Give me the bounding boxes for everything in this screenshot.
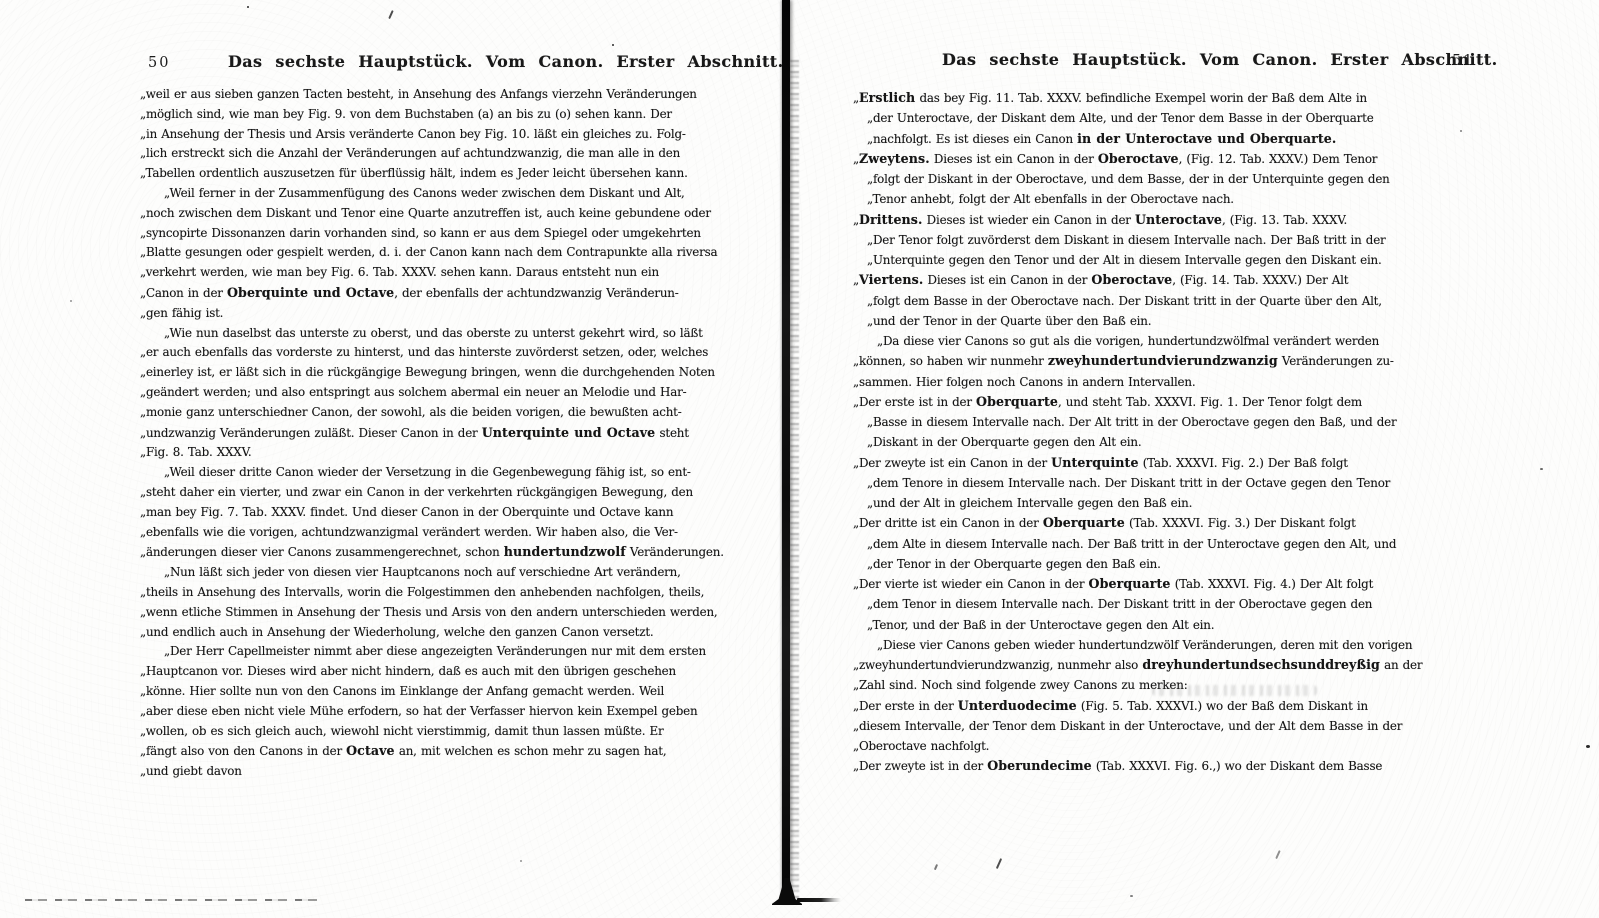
emphasized-text: Unterquinte und Octave [482,425,656,440]
body-text: „Basse in diesem Intervalle nach. Der Al… [867,415,1396,429]
text-line: „Diskant in der Oberquarte gegen den Alt… [853,432,1431,452]
body-text: „wollen, ob es sich gleich auch, wiewohl… [140,724,663,738]
body-text: „und endlich auch in Ansehung der Wieder… [140,625,653,639]
body-text: an der [1380,658,1422,672]
emphasized-text: Erstlich [859,90,915,105]
body-text: „Blatte gesungen oder gespielt werden, d… [140,245,717,259]
ink-fleck [996,858,1002,869]
paragraph: „Viertens. Dieses ist ein Canon in der O… [853,270,1431,331]
text-line: „und giebt davon [140,762,742,782]
body-text: an, mit welchen es schon mehr zu sagen h… [395,744,667,758]
body-text: „Weil dieser dritte Canon wieder der Ver… [164,465,691,479]
text-line: „Der zweyte ist in der Oberundecime (Tab… [853,756,1431,776]
body-text: „und der Tenor in der Quarte über den Ba… [867,314,1151,328]
emphasized-text: Oberquarte [1043,515,1125,530]
body-text: „dem Alte in diesem Intervalle nach. Der… [867,537,1396,551]
body-text: „und der Alt in gleichem Intervalle gege… [867,496,1192,510]
body-text: „weil er aus sieben ganzen Tacten besteh… [140,87,697,101]
body-text: (Tab. XXXVI. Fig. 2.) Der Baß folgt [1139,456,1348,470]
text-line: „sammen. Hier folgen noch Canons in ande… [853,372,1431,392]
text-line: „wollen, ob es sich gleich auch, wiewohl… [140,722,742,742]
body-text: „Tabellen ordentlich auszusetzen für übe… [140,166,688,180]
text-line: „Fig. 8. Tab. XXXV. [140,443,742,463]
text-line: „Der vierte ist wieder ein Canon in der … [853,574,1431,594]
body-text: , und steht Tab. XXXVI. Fig. 1. Der Teno… [1058,395,1362,409]
body-text: „Der dritte ist ein Canon in der [853,516,1043,530]
left-page-number: 50 [148,55,170,71]
text-line: „und endlich auch in Ansehung der Wieder… [140,623,742,643]
text-line: „Weil dieser dritte Canon wieder der Ver… [140,463,742,483]
body-text: „lich erstreckt sich die Anzahl der Verä… [140,146,680,160]
paragraph: „Der zweyte ist ein Canon in der Unterqu… [853,453,1431,514]
book-gutter-shadow [782,0,790,903]
text-line: „Der Tenor folgt zuvörderst dem Diskant … [853,230,1431,250]
text-line: „Oberoctave nachfolgt. [853,736,1431,756]
emphasized-text: Viertens. [859,272,923,287]
body-text: „Der vierte ist wieder ein Canon in der [853,577,1089,591]
body-text: „man bey Fig. 7. Tab. XXXV. findet. Und … [140,505,673,519]
paragraph: „Weil ferner in der Zusammenfügung des C… [140,184,742,324]
emphasized-text: Oberundecime [987,758,1092,773]
body-text: „Der zweyte ist ein Canon in der [853,456,1051,470]
body-text: das bey Fig. 11. Tab. XXXV. befindliche … [915,91,1367,105]
body-text: , der ebenfalls der achtundzwanzig Verän… [394,286,678,300]
body-text: , (Fig. 12. Tab. XXXV.) Dem Tenor [1179,152,1378,166]
right-page-number: 51 [1452,53,1474,69]
text-line: „gen fähig ist. [140,304,742,324]
text-line: „aber diese eben nicht viele Mühe erfode… [140,702,742,722]
body-text: „Hauptcanon vor. Dieses wird aber nicht … [140,664,676,678]
emphasized-text: in der Unteroctave und Oberquarte. [1077,131,1336,146]
text-line: „Tabellen ordentlich auszusetzen für übe… [140,164,742,184]
text-line: „Viertens. Dieses ist ein Canon in der O… [853,270,1431,290]
ink-speck [1130,895,1133,897]
text-line: „dem Tenor in diesem Intervalle nach. De… [853,594,1431,614]
text-line: „folgt der Diskant in der Oberoctave, un… [853,169,1431,189]
body-text: „Da diese vier Canons so gut als die vor… [877,334,1379,348]
paragraph: „Erstlich das bey Fig. 11. Tab. XXXV. be… [853,88,1431,149]
text-line: „man bey Fig. 7. Tab. XXXV. findet. Und … [140,503,742,523]
body-text: , (Fig. 14. Tab. XXXV.) Der Alt [1172,273,1348,287]
text-line: „in Ansehung der Thesis und Arsis veränd… [140,125,742,145]
body-text: „einerley ist, er läßt sich in die rückg… [140,365,715,379]
body-text: Dieses ist wieder ein Canon in der [923,213,1135,227]
body-text: „fängt also von den Canons in der [140,744,346,758]
emphasized-text: Octave [346,743,395,758]
gutter-paper-texture [790,60,799,900]
text-line: „undzwanzig Veränderungen zuläßt. Dieser… [140,423,742,444]
emphasized-text: Oberquarte [976,394,1058,409]
paragraph: „Der vierte ist wieder ein Canon in der … [853,574,1431,635]
body-text: „wenn etliche Stimmen in Ansehung der Th… [140,605,718,619]
text-line: „Unterquinte gegen den Tenor und der Alt… [853,250,1431,270]
body-text: „gen fähig ist. [140,306,223,320]
text-line: „fängt also von den Canons in der Octave… [140,741,742,762]
body-text: „theils in Ansehung des Intervalls, wori… [140,585,704,599]
text-line: „Hauptcanon vor. Dieses wird aber nicht … [140,662,742,682]
body-text: „geändert werden; und also entspringt au… [140,385,686,399]
body-text: „können, so haben wir nunmehr [853,354,1048,368]
body-text: „folgt der Diskant in der Oberoctave, un… [867,172,1390,186]
emphasized-text: Unteroctave [1135,212,1222,227]
body-text: „noch zwischen dem Diskant und Tenor ein… [140,206,711,220]
text-line: „steht daher ein vierter, und zwar ein C… [140,483,742,503]
paragraph: „Der zweyte ist in der Oberundecime (Tab… [853,756,1431,776]
offset-print-ghost [1152,685,1317,696]
body-text: „Tenor, und der Baß in der Unteroctave g… [867,618,1214,632]
emphasized-text: Unterquinte [1051,455,1138,470]
body-text: „änderungen dieser vier Canons zusammeng… [140,545,504,559]
text-line: „Der Herr Capellmeister nimmt aber diese… [140,642,742,662]
body-text: steht [655,426,689,440]
paragraph: „Der Herr Capellmeister nimmt aber diese… [140,642,742,782]
text-line: „Nun läßt sich jeder von diesen vier Hau… [140,563,742,583]
body-text: „Der zweyte ist in der [853,759,987,773]
text-line: „Tenor anhebt, folgt der Alt ebenfalls i… [853,189,1431,209]
ink-fleck [388,10,393,19]
ink-speck [612,44,614,46]
body-text: „Tenor anhebt, folgt der Alt ebenfalls i… [867,192,1234,206]
text-line: „Weil ferner in der Zusammenfügung des C… [140,184,742,204]
paragraph: „Der erste ist in der Oberquarte, und st… [853,392,1431,453]
paragraph: „Zweytens. Dieses ist ein Canon in der O… [853,149,1431,210]
body-text: „und giebt davon [140,764,242,778]
body-text: „dem Tenor in diesem Intervalle nach. De… [867,597,1372,611]
text-line: „diesem Intervalle, der Tenor dem Diskan… [853,716,1431,736]
text-line: „Drittens. Dieses ist wieder ein Canon i… [853,210,1431,230]
body-text: Veränderungen zu- [1278,354,1394,368]
right-running-head: Das sechste Hauptstück. Vom Canon. Erste… [942,50,1354,69]
body-text: Dieses ist ein Canon in der [923,273,1091,287]
text-line: „Blatte gesungen oder gespielt werden, d… [140,243,742,263]
text-line: „änderungen dieser vier Canons zusammeng… [140,542,742,563]
text-line: „und der Tenor in der Quarte über den Ba… [853,311,1431,331]
text-line: „möglich sind, wie man bey Fig. 9. von d… [140,105,742,125]
body-text: „in Ansehung der Thesis und Arsis veränd… [140,127,686,141]
ink-speck [1540,468,1543,470]
emphasized-text: zweyhundertundvierundzwanzig [1048,353,1278,368]
paragraph: „Der erste in der Unterduodecime (Fig. 5… [853,696,1431,757]
body-text: „Der erste ist in der [853,395,976,409]
text-line: „Da diese vier Canons so gut als die vor… [853,331,1431,351]
body-text: „er auch ebenfalls das vorderste zu hint… [140,345,708,359]
text-line: „Der zweyte ist ein Canon in der Unterqu… [853,453,1431,473]
body-text: „Nun läßt sich jeder von diesen vier Hau… [164,565,681,579]
text-line: „noch zwischen dem Diskant und Tenor ein… [140,204,742,224]
text-line: „einerley ist, er läßt sich in die rückg… [140,363,742,383]
ink-speck [70,300,72,302]
text-line: „lich erstreckt sich die Anzahl der Verä… [140,144,742,164]
text-line: „Der dritte ist ein Canon in der Oberqua… [853,513,1431,533]
text-line: „Diese vier Canons geben wieder hundertu… [853,635,1431,655]
emphasized-text: Oberoctave [1091,272,1172,287]
body-text: (Tab. XXXVI. Fig. 3.) Der Diskant folgt [1125,516,1356,530]
text-line: „Zahl sind. Noch sind folgende zwey Cano… [853,675,1431,695]
text-line: „er auch ebenfalls das vorderste zu hint… [140,343,742,363]
ink-speck [1586,745,1590,748]
emphasized-text: Unterduodecime [958,698,1077,713]
body-text: (Tab. XXXVI. Fig. 4.) Der Alt folgt [1171,577,1374,591]
left-page-body: „weil er aus sieben ganzen Tacten besteh… [140,85,742,782]
ink-speck [520,860,522,862]
body-text: „verkehrt werden, wie man bey Fig. 6. Ta… [140,265,659,279]
paragraph: „Der dritte ist ein Canon in der Oberqua… [853,513,1431,574]
paragraph: „Diese vier Canons geben wieder hundertu… [853,635,1431,696]
book-scan: 50 Das sechste Hauptstück. Vom Canon. Er… [0,0,1599,918]
body-text: „undzwanzig Veränderungen zuläßt. Dieser… [140,426,482,440]
ink-fleck [1275,850,1280,859]
emphasized-text: Oberquinte und Octave [227,285,394,300]
text-line: „dem Tenore in diesem Intervalle nach. D… [853,473,1431,493]
body-text: „Diese vier Canons geben wieder hundertu… [877,638,1412,652]
text-line: „Wie nun daselbst das unterste zu oberst… [140,324,742,344]
text-line: „Der erste ist in der Oberquarte, und st… [853,392,1431,412]
text-line: „können, so haben wir nunmehr zweyhunder… [853,351,1431,371]
text-line: „folgt dem Basse in der Oberoctave nach.… [853,291,1431,311]
body-text: „folgt dem Basse in der Oberoctave nach.… [867,294,1382,308]
body-text: „Der Herr Capellmeister nimmt aber diese… [164,644,706,658]
body-text: „Wie nun daselbst das unterste zu oberst… [164,326,703,340]
paragraph: „Nun läßt sich jeder von diesen vier Hau… [140,563,742,642]
text-line: „der Tenor in der Oberquarte gegen den B… [853,554,1431,574]
body-text: „zweyhundertundvierundzwanzig, nunmehr a… [853,658,1142,672]
text-line: „Tenor, und der Baß in der Unteroctave g… [853,615,1431,635]
body-text: „Der Tenor folgt zuvörderst dem Diskant … [867,233,1386,247]
text-line: „verkehrt werden, wie man bey Fig. 6. Ta… [140,263,742,283]
body-text: (Fig. 5. Tab. XXXVI.) wo der Baß dem Dis… [1077,699,1368,713]
text-line: „Der erste in der Unterduodecime (Fig. 5… [853,696,1431,716]
emphasized-text: hundertundzwolf [504,544,626,559]
text-line: „monie ganz unterschiedner Canon, der so… [140,403,742,423]
paragraph: „Da diese vier Canons so gut als die vor… [853,331,1431,392]
page-bottom-edge-line [25,899,317,901]
paragraph: „weil er aus sieben ganzen Tacten besteh… [140,85,742,184]
left-running-head: Das sechste Hauptstück. Vom Canon. Erste… [228,52,664,71]
paragraph: „Weil dieser dritte Canon wieder der Ver… [140,463,742,563]
text-line: „nachfolgt. Es ist dieses ein Canon in d… [853,129,1431,149]
text-line: „Canon in der Oberquinte und Octave, der… [140,283,742,304]
body-text: „ebenfalls wie die vorigen, achtundzwanz… [140,525,678,539]
emphasized-text: Oberoctave [1098,151,1179,166]
body-text: „diesem Intervalle, der Tenor dem Diskan… [853,719,1402,733]
body-text: „Unterquinte gegen den Tenor und der Alt… [867,253,1382,267]
body-text: „syncopirte Dissonanzen darin vorhanden … [140,226,701,240]
body-text: „möglich sind, wie man bey Fig. 9. von d… [140,107,672,121]
body-text: „Canon in der [140,286,227,300]
text-line: „syncopirte Dissonanzen darin vorhanden … [140,224,742,244]
text-line: „weil er aus sieben ganzen Tacten besteh… [140,85,742,105]
emphasized-text: Drittens. [859,212,923,227]
body-text: „Der erste in der [853,699,958,713]
paragraph: „Drittens. Dieses ist wieder ein Canon i… [853,210,1431,271]
text-line: „und der Alt in gleichem Intervalle gege… [853,493,1431,513]
paragraph: „Wie nun daselbst das unterste zu oberst… [140,324,742,464]
body-text: „der Tenor in der Oberquarte gegen den B… [867,557,1161,571]
emphasized-text: dreyhundertundsechsunddreyßig [1142,657,1380,672]
body-text: „Fig. 8. Tab. XXXV. [140,445,251,459]
body-text: „Weil ferner in der Zusammenfügung des C… [164,186,685,200]
text-line: „Zweytens. Dieses ist ein Canon in der O… [853,149,1431,169]
ink-speck [247,6,249,8]
body-text: „nachfolgt. Es ist dieses ein Canon [867,132,1077,146]
body-text: „dem Tenore in diesem Intervalle nach. D… [867,476,1390,490]
text-line: „ebenfalls wie die vorigen, achtundzwanz… [140,523,742,543]
page-bottom-edge-dash [797,898,841,902]
body-text: „Oberoctave nachfolgt. [853,739,989,753]
text-line: „Erstlich das bey Fig. 11. Tab. XXXV. be… [853,88,1431,108]
emphasized-text: Oberquarte [1089,576,1171,591]
body-text: „aber diese eben nicht viele Mühe erfode… [140,704,697,718]
body-text: „der Unteroctave, der Diskant dem Alte, … [867,111,1374,125]
text-line: „theils in Ansehung des Intervalls, wori… [140,583,742,603]
right-page-body: „Erstlich das bey Fig. 11. Tab. XXXV. be… [853,88,1431,777]
body-text: „Diskant in der Oberquarte gegen den Alt… [867,435,1141,449]
emphasized-text: Zweytens. [859,151,930,166]
body-text: (Tab. XXXVI. Fig. 6.,) wo der Diskant de… [1092,759,1382,773]
body-text: Dieses ist ein Canon in der [930,152,1098,166]
text-line: „geändert werden; und also entspringt au… [140,383,742,403]
text-line: „zweyhundertundvierundzwanzig, nunmehr a… [853,655,1431,675]
text-line: „dem Alte in diesem Intervalle nach. Der… [853,534,1431,554]
ink-fleck [934,864,938,870]
text-line: „der Unteroctave, der Diskant dem Alte, … [853,108,1431,128]
body-text: Veränderungen. [626,545,724,559]
text-line: „Basse in diesem Intervalle nach. Der Al… [853,412,1431,432]
ink-speck [1460,130,1462,132]
body-text: „monie ganz unterschiedner Canon, der so… [140,405,682,419]
body-text: „Zahl sind. Noch sind folgende zwey Cano… [853,678,1188,692]
body-text: , (Fig. 13. Tab. XXXV. [1222,213,1347,227]
body-text: „sammen. Hier folgen noch Canons in ande… [853,375,1195,389]
body-text: „könne. Hier sollte nun von den Canons i… [140,684,664,698]
body-text: „steht daher ein vierter, und zwar ein C… [140,485,693,499]
text-line: „wenn etliche Stimmen in Ansehung der Th… [140,603,742,623]
text-line: „könne. Hier sollte nun von den Canons i… [140,682,742,702]
